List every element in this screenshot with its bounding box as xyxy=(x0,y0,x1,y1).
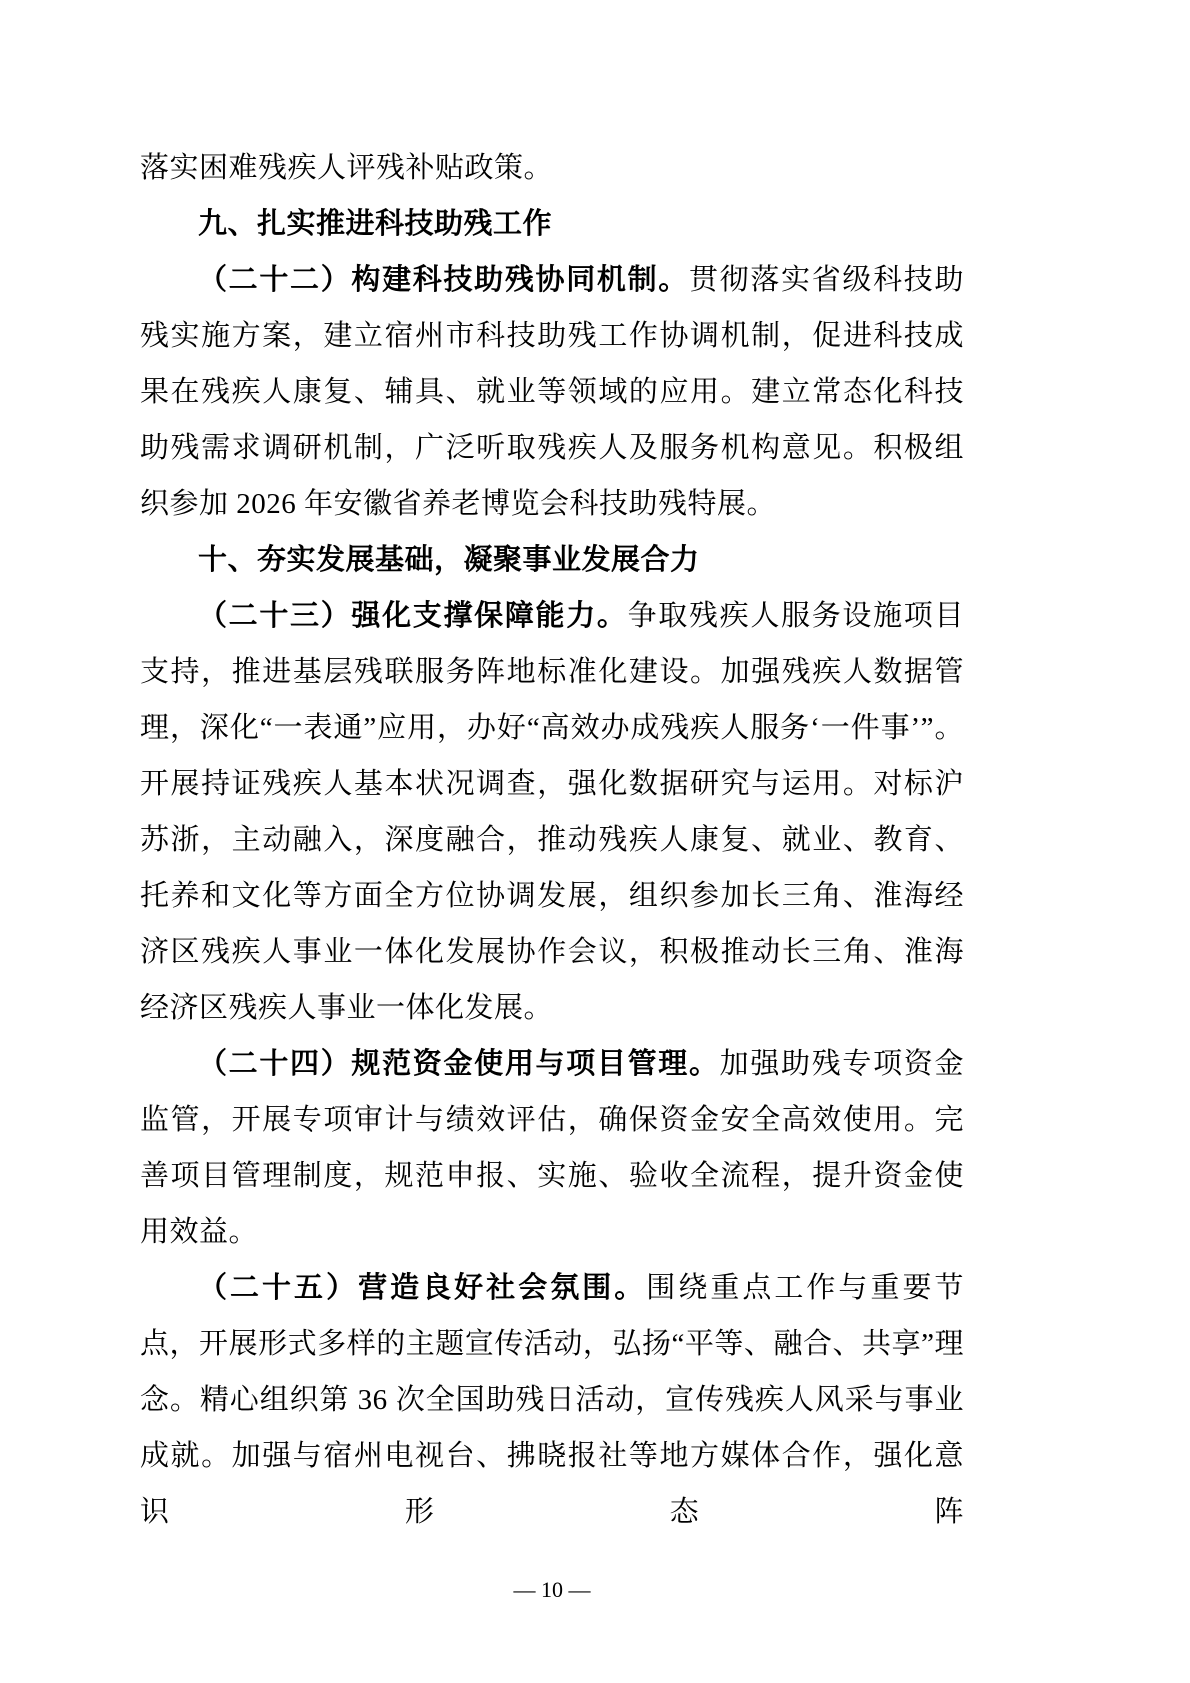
page-footer: — 10 — xyxy=(140,1572,964,1608)
paragraph-item-22-text: 贯彻落实省级科技助残实施方案，建立宿州市科技助残工作协调机制，促进科技成果在残疾… xyxy=(140,264,964,520)
paragraph-item-22-lead: （二十二）构建科技助残协同机制。 xyxy=(198,264,689,296)
paragraph-item-23: （二十三）强化支撑保障能力。争取残疾人服务设施项目支持，推进基层残联服务阵地标准… xyxy=(140,588,964,1036)
paragraph-item-25-text: 围绕重点工作与重要节点，开展形式多样的主题宣传活动，弘扬“平等、融合、共享”理念… xyxy=(140,1272,964,1528)
document-body: 落实困难残疾人评残补贴政策。 九、扎实推进科技助残工作 （二十二）构建科技助残协… xyxy=(140,140,964,1540)
paragraph-continuation: 落实困难残疾人评残补贴政策。 xyxy=(140,140,964,196)
section-heading-nine: 九、扎实推进科技助残工作 xyxy=(140,196,964,252)
paragraph-item-23-lead: （二十三）强化支撑保障能力。 xyxy=(198,600,628,632)
document-page: 落实困难残疾人评残补贴政策。 九、扎实推进科技助残工作 （二十二）构建科技助残协… xyxy=(0,0,1190,1683)
paragraph-item-24: （二十四）规范资金使用与项目管理。加强助残专项资金监管，开展专项审计与绩效评估，… xyxy=(140,1036,964,1260)
page-number: — 10 — xyxy=(514,1577,591,1602)
paragraph-item-25: （二十五）营造良好社会氛围。围绕重点工作与重要节点，开展形式多样的主题宣传活动，… xyxy=(140,1260,964,1540)
paragraph-item-23-text: 争取残疾人服务设施项目支持，推进基层残联服务阵地标准化建设。加强残疾人数据管理，… xyxy=(140,600,964,1024)
paragraph-item-24-lead: （二十四）规范资金使用与项目管理。 xyxy=(198,1048,720,1080)
section-heading-ten: 十、夯实发展基础，凝聚事业发展合力 xyxy=(140,532,964,588)
paragraph-item-22: （二十二）构建科技助残协同机制。贯彻落实省级科技助残实施方案，建立宿州市科技助残… xyxy=(140,252,964,532)
paragraph-item-25-lead: （二十五）营造良好社会氛围。 xyxy=(198,1272,646,1304)
